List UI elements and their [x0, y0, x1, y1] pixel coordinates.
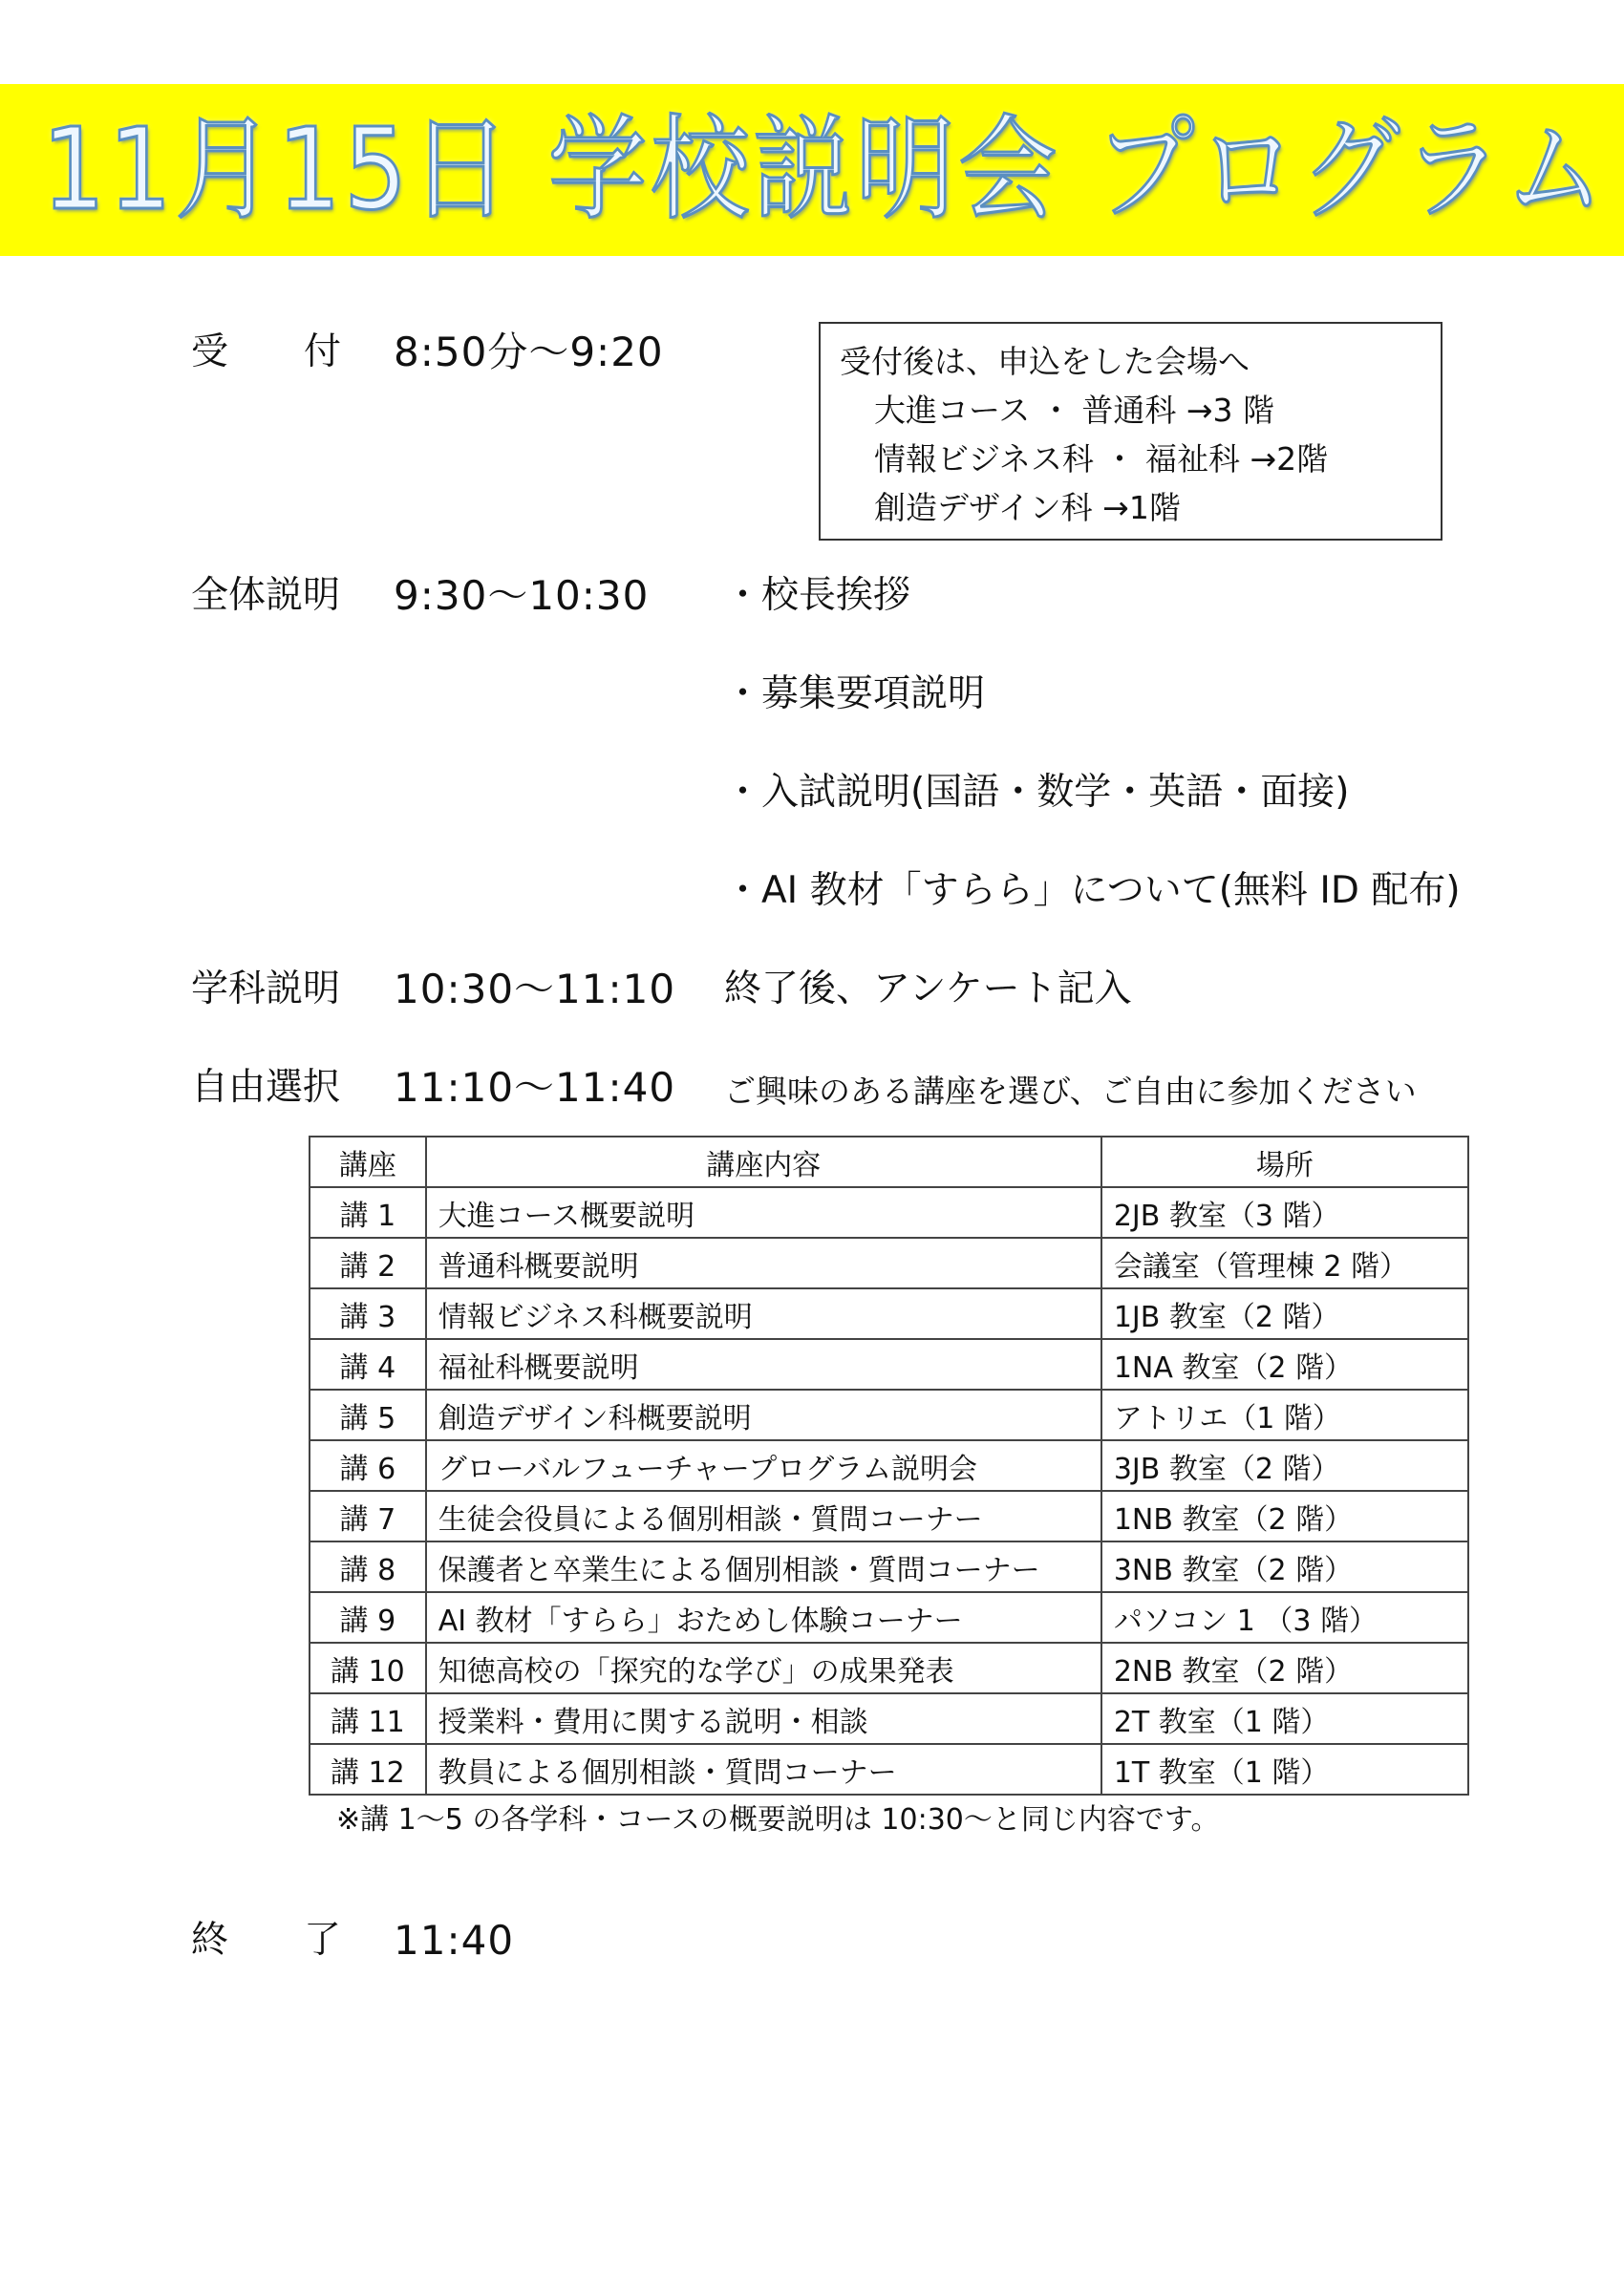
lecture-number: 講 6: [310, 1440, 426, 1491]
lecture-place: 2NB 教室（2 階）: [1101, 1643, 1468, 1693]
info-line-floor3: 大進コース ・ 普通科 →3 階: [840, 386, 1441, 435]
department-time: 10:30〜11:10: [394, 967, 675, 1012]
end-time: 11:40: [394, 1918, 514, 1964]
reception-time: 8:50分〜9:20: [394, 330, 664, 375]
lecture-content: 保護者と卒業生による個別相談・質問コーナー: [426, 1541, 1101, 1592]
reception-label-a: 受: [191, 330, 228, 375]
table-row: 講 8 保護者と卒業生による個別相談・質問コーナー 3NB 教室（2 階）: [310, 1541, 1468, 1592]
lecture-content: 生徒会役員による個別相談・質問コーナー: [426, 1491, 1101, 1541]
lecture-place: 会議室（管理棟 2 階）: [1101, 1238, 1468, 1288]
lecture-number: 講 8: [310, 1541, 426, 1592]
column-header-content: 講座内容: [426, 1137, 1101, 1187]
page-title: 11月15日 学校説明会 プログラム: [42, 107, 1608, 231]
lecture-number: 講 4: [310, 1339, 426, 1390]
lecture-content: 授業料・費用に関する説明・相談: [426, 1693, 1101, 1744]
lecture-place: 3NB 教室（2 階）: [1101, 1541, 1468, 1592]
free-choice-time: 11:10〜11:40: [394, 1065, 675, 1111]
column-header-lecture: 講座: [310, 1137, 426, 1187]
overall-item-exam-explanation: ・入試説明(国語・数学・英語・面接): [724, 770, 1349, 816]
department-row: 学科説明 10:30〜11:10 終了後、アンケート記入: [0, 967, 1624, 1012]
lecture-place: 2T 教室（1 階）: [1101, 1693, 1468, 1744]
table-row: 講 2 普通科概要説明 会議室（管理棟 2 階）: [310, 1238, 1468, 1288]
lecture-number: 講 11: [310, 1693, 426, 1744]
lecture-place: アトリエ（1 階）: [1101, 1390, 1468, 1440]
title-band: 11月15日 学校説明会 プログラム: [0, 84, 1624, 256]
overall-label: 全体説明: [191, 573, 340, 619]
lecture-table: 講座 講座内容 場所 講 1 大進コース概要説明 2JB 教室（3 階） 講 2…: [309, 1136, 1469, 1796]
overall-item-admission-guidelines: ・募集要項説明: [724, 671, 985, 717]
free-choice-label: 自由選択: [191, 1065, 340, 1111]
table-row: 講 7 生徒会役員による個別相談・質問コーナー 1NB 教室（2 階）: [310, 1491, 1468, 1541]
table-row: 講 6 グローバルフューチャープログラム説明会 3JB 教室（2 階）: [310, 1440, 1468, 1491]
lecture-content: 知徳高校の「探究的な学び」の成果発表: [426, 1643, 1101, 1693]
lecture-number: 講 2: [310, 1238, 426, 1288]
overall-item-ai-material: ・AI 教材「すらら」について(無料 ID 配布): [724, 868, 1461, 914]
lecture-place: 3JB 教室（2 階）: [1101, 1440, 1468, 1491]
table-row: 講 9 AI 教材「すらら」おためし体験コーナー パソコン 1 （3 階）: [310, 1592, 1468, 1643]
department-label: 学科説明: [191, 967, 340, 1012]
lecture-content: 福祉科概要説明: [426, 1339, 1101, 1390]
lecture-content: AI 教材「すらら」おためし体験コーナー: [426, 1592, 1101, 1643]
lecture-number: 講 9: [310, 1592, 426, 1643]
info-line-floor2: 情報ビジネス科 ・ 福祉科 →2階: [840, 435, 1441, 483]
table-row: 講 11 授業料・費用に関する説明・相談 2T 教室（1 階）: [310, 1693, 1468, 1744]
lecture-number: 講 7: [310, 1491, 426, 1541]
reception-info-box: 受付後は、申込をした会場へ 大進コース ・ 普通科 →3 階 情報ビジネス科 ・…: [819, 322, 1442, 541]
table-row: 講 4 福祉科概要説明 1NA 教室（2 階）: [310, 1339, 1468, 1390]
lecture-place: 1NB 教室（2 階）: [1101, 1491, 1468, 1541]
lecture-content: グローバルフューチャープログラム説明会: [426, 1440, 1101, 1491]
free-choice-row: 自由選択 11:10〜11:40 ご興味のある講座を選び、ご自由に参加ください: [0, 1065, 1624, 1111]
column-header-place: 場所: [1101, 1137, 1468, 1187]
lecture-content: 普通科概要説明: [426, 1238, 1101, 1288]
table-row: 講 1 大進コース概要説明 2JB 教室（3 階）: [310, 1187, 1468, 1238]
lecture-content: 情報ビジネス科概要説明: [426, 1288, 1101, 1339]
lecture-content: 大進コース概要説明: [426, 1187, 1101, 1238]
table-row: 講 10 知徳高校の「探究的な学び」の成果発表 2NB 教室（2 階）: [310, 1643, 1468, 1693]
end-row: 終 了 11:40: [0, 1918, 860, 1964]
lecture-number: 講 10: [310, 1643, 426, 1693]
lecture-note: ※講 1〜5 の各学科・コースの概要説明は 10:30〜と同じ内容です。: [336, 1801, 1219, 1839]
overall-item-principal-greeting: ・校長挨拶: [724, 573, 910, 619]
lecture-place: 1NA 教室（2 階）: [1101, 1339, 1468, 1390]
reception-label-b: 付: [304, 330, 341, 375]
end-label-a: 終: [191, 1918, 228, 1964]
department-desc: 終了後、アンケート記入: [724, 967, 1132, 1012]
lecture-content: 教員による個別相談・質問コーナー: [426, 1744, 1101, 1795]
free-choice-desc: ご興味のある講座を選び、ご自由に参加ください: [724, 1069, 1417, 1115]
info-heading: 受付後は、申込をした会場へ: [840, 337, 1441, 386]
table-header-row: 講座 講座内容 場所: [310, 1137, 1468, 1187]
lecture-number: 講 5: [310, 1390, 426, 1440]
lecture-content: 創造デザイン科概要説明: [426, 1390, 1101, 1440]
overall-time: 9:30〜10:30: [394, 573, 649, 619]
program-page: 11月15日 学校説明会 プログラム 受 付 8:50分〜9:20 受付後は、申…: [0, 0, 1624, 2296]
lecture-place: パソコン 1 （3 階）: [1101, 1592, 1468, 1643]
lecture-place: 2JB 教室（3 階）: [1101, 1187, 1468, 1238]
lecture-number: 講 1: [310, 1187, 426, 1238]
table-row: 講 12 教員による個別相談・質問コーナー 1T 教室（1 階）: [310, 1744, 1468, 1795]
lecture-number: 講 12: [310, 1744, 426, 1795]
lecture-place: 1JB 教室（2 階）: [1101, 1288, 1468, 1339]
info-line-floor1: 創造デザイン科 →1階: [840, 483, 1441, 532]
lecture-number: 講 3: [310, 1288, 426, 1339]
table-row: 講 5 創造デザイン科概要説明 アトリエ（1 階）: [310, 1390, 1468, 1440]
reception-row: 受 付 8:50分〜9:20: [0, 330, 860, 375]
lecture-place: 1T 教室（1 階）: [1101, 1744, 1468, 1795]
end-label-b: 了: [304, 1918, 341, 1964]
table-row: 講 3 情報ビジネス科概要説明 1JB 教室（2 階）: [310, 1288, 1468, 1339]
